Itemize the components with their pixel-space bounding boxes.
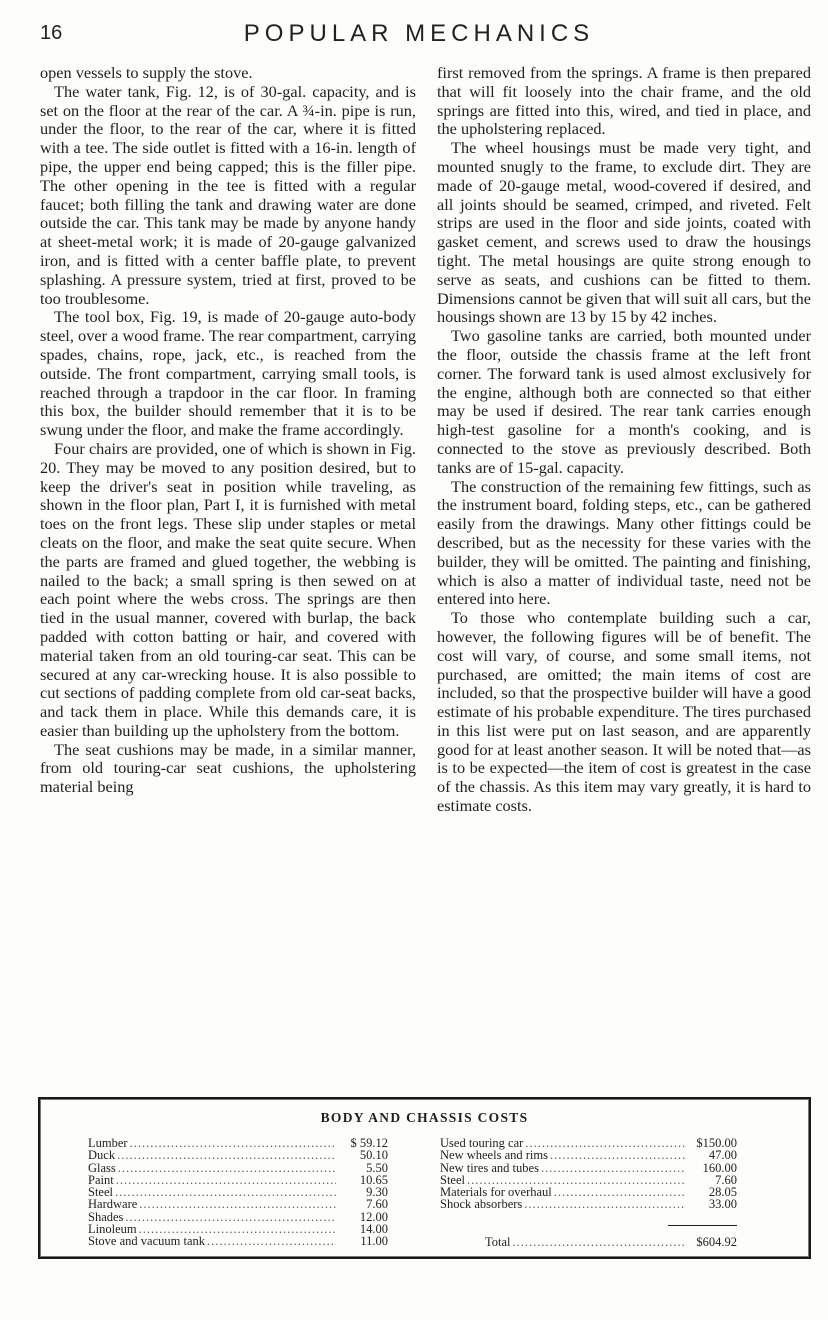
leader-dots bbox=[115, 1186, 336, 1198]
cost-label: Shock absorbers bbox=[440, 1198, 522, 1210]
paragraph: Two gasoline tanks are carried, both mou… bbox=[437, 327, 811, 477]
cost-amount: 50.10 bbox=[338, 1149, 388, 1161]
body-costs-list: Lumber$ 59.12 Duck50.10 Glass5.50 Paint1… bbox=[88, 1137, 388, 1248]
magazine-title: POPULAR MECHANICS bbox=[40, 20, 798, 48]
paragraph: first removed from the springs. A frame … bbox=[437, 64, 811, 139]
cost-row: Paint10.65 bbox=[88, 1174, 388, 1186]
cost-amount: 7.60 bbox=[338, 1198, 388, 1210]
leader-dots bbox=[554, 1186, 685, 1198]
cost-amount: 33.00 bbox=[687, 1198, 737, 1210]
leader-dots bbox=[524, 1198, 685, 1210]
cost-row: New wheels and rims47.00 bbox=[440, 1149, 737, 1161]
paragraph: The wheel housings must be made very tig… bbox=[437, 139, 811, 327]
cost-label: Stove and vacuum tank bbox=[88, 1235, 205, 1247]
leader-dots bbox=[116, 1174, 336, 1186]
cost-table-title: BODY AND CHASSIS COSTS bbox=[40, 1110, 809, 1126]
leader-dots bbox=[118, 1162, 336, 1174]
chassis-costs-list: Used touring car$150.00 New wheels and r… bbox=[440, 1137, 737, 1211]
total-row: Total$604.92 bbox=[485, 1235, 737, 1250]
total-label: Total bbox=[485, 1235, 511, 1250]
paragraph: The water tank, Fig. 12, is of 30-gal. c… bbox=[40, 83, 416, 309]
cost-row: Lumber$ 59.12 bbox=[88, 1137, 388, 1149]
cost-table: BODY AND CHASSIS COSTS Lumber$ 59.12 Duc… bbox=[38, 1097, 811, 1259]
leader-dots bbox=[525, 1137, 685, 1149]
cost-row: Shock absorbers33.00 bbox=[440, 1198, 737, 1210]
leader-dots bbox=[130, 1137, 336, 1149]
cost-row: Hardware7.60 bbox=[88, 1198, 388, 1210]
cost-label: Hardware bbox=[88, 1198, 137, 1210]
cost-label: Duck bbox=[88, 1149, 115, 1161]
paragraph: Four chairs are provided, one of which i… bbox=[40, 440, 416, 741]
cost-row: Stove and vacuum tank11.00 bbox=[88, 1235, 388, 1247]
cost-row: New tires and tubes160.00 bbox=[440, 1162, 737, 1174]
leader-dots bbox=[550, 1149, 685, 1161]
cost-amount: 11.00 bbox=[338, 1235, 388, 1247]
total-amount: $604.92 bbox=[687, 1235, 737, 1250]
leader-dots bbox=[117, 1149, 336, 1161]
cost-amount: 47.00 bbox=[687, 1149, 737, 1161]
left-column: open vessels to supply the stove. The wa… bbox=[40, 64, 416, 797]
leader-dots bbox=[125, 1211, 336, 1223]
paragraph: open vessels to supply the stove. bbox=[40, 64, 416, 83]
leader-dots bbox=[207, 1235, 336, 1247]
right-column: first removed from the springs. A frame … bbox=[437, 64, 811, 816]
paragraph: The tool box, Fig. 19, is made of 20-gau… bbox=[40, 308, 416, 440]
cost-label: New wheels and rims bbox=[440, 1149, 548, 1161]
paragraph: To those who contemplate building such a… bbox=[437, 609, 811, 816]
cost-row: Duck50.10 bbox=[88, 1149, 388, 1161]
leader-dots bbox=[513, 1235, 685, 1250]
total-rule-divider bbox=[668, 1225, 737, 1226]
page-header: 16 POPULAR MECHANICS bbox=[40, 18, 798, 54]
paragraph: The seat cushions may be made, in a simi… bbox=[40, 741, 416, 797]
leader-dots bbox=[139, 1198, 336, 1210]
leader-dots bbox=[541, 1162, 685, 1174]
cost-row: Glass5.50 bbox=[88, 1162, 388, 1174]
paragraph: The construction of the remaining few fi… bbox=[437, 478, 811, 610]
